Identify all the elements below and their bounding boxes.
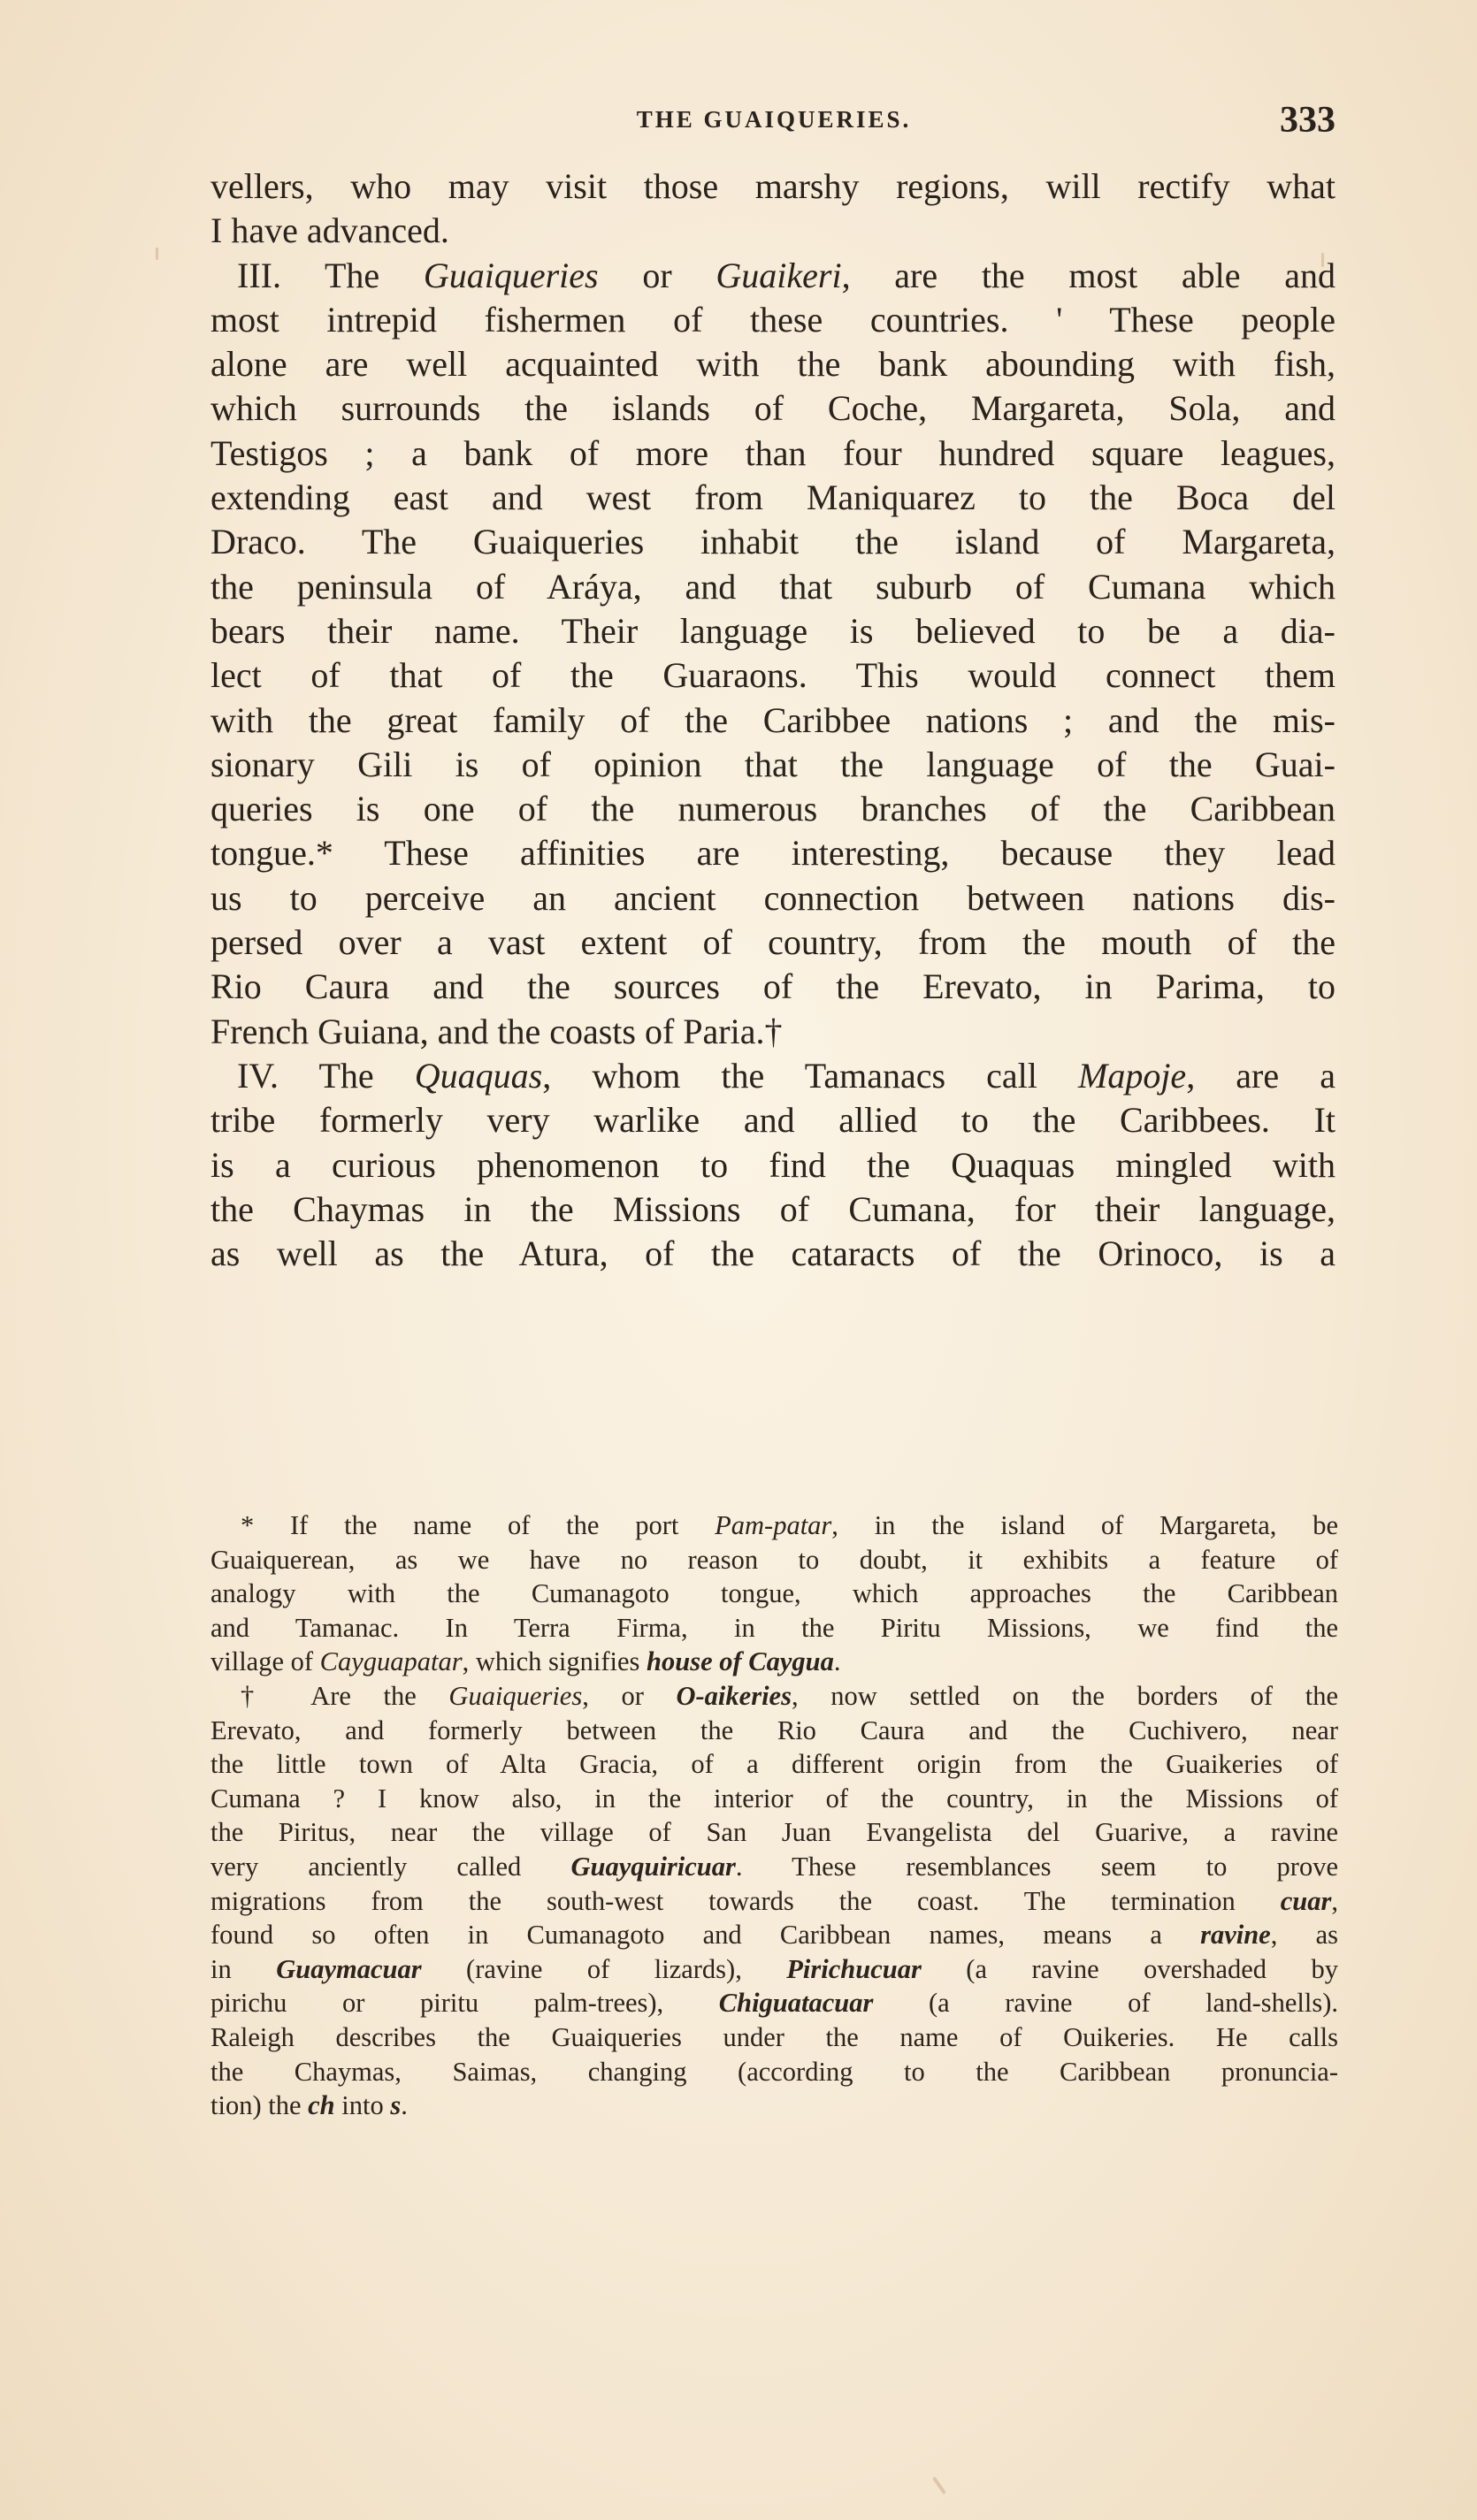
- text-segment: .: [401, 2090, 408, 2120]
- italic-term: Chiguatacuar: [719, 1988, 874, 2018]
- footnote-line: in Guaymacuar (ravine of lizards), Piric…: [210, 1952, 1338, 1987]
- text-segment: III. The: [237, 256, 424, 295]
- italic-term: Guayquiricuar: [570, 1852, 735, 1882]
- italic-term: Pam-patar: [715, 1510, 831, 1540]
- text-line: tribe formerly very warlike and allied t…: [210, 1098, 1335, 1142]
- text-line: Testigos ; a bank of more than four hund…: [210, 431, 1335, 476]
- italic-term: ch: [308, 2090, 335, 2120]
- footnote-star-line: * If the name of the port Pam-patar, in …: [210, 1508, 1338, 1543]
- text-line: lect of that of the Guaraons. This would…: [210, 653, 1335, 698]
- text-line: vellers, who may visit those marshy regi…: [210, 164, 1335, 209]
- text-line: the Chaymas in the Missions of Cumana, f…: [210, 1187, 1335, 1232]
- text-line: queries is one of the numerous branches …: [210, 787, 1335, 831]
- text-segment: , are a: [1186, 1056, 1335, 1096]
- running-header: THE GUAIQUERIES. 333: [212, 99, 1335, 143]
- text-line: as well as the Atura, of the cataracts o…: [210, 1232, 1335, 1276]
- text-segment: , in the island of Margareta, be: [831, 1510, 1338, 1540]
- text-segment: * If the name of the port: [241, 1510, 715, 1540]
- text-segment: † Are the: [241, 1681, 448, 1711]
- text-segment: village of: [210, 1646, 320, 1676]
- text-segment: ,: [1331, 1886, 1338, 1916]
- text-line: Rio Caura and the sources of the Erevato…: [210, 965, 1335, 1009]
- text-segment: tion) the: [210, 2090, 308, 2120]
- text-segment: found so often in Cumanagoto and Caribbe…: [210, 1920, 1200, 1950]
- paper-speck: [932, 2477, 946, 2494]
- text-segment: , as: [1271, 1920, 1338, 1950]
- footnote-line: and Tamanac. In Terra Firma, in the Piri…: [210, 1611, 1338, 1646]
- text-segment: , which signifies: [463, 1646, 647, 1676]
- footnote-line: Guaiquerean, as we have no reason to dou…: [210, 1543, 1338, 1577]
- text-line: alone are well acquainted with the bank …: [210, 342, 1335, 386]
- footnote-line: Cumana ? I know also, in the interior of…: [210, 1782, 1338, 1816]
- italic-term: Guaymacuar: [276, 1954, 421, 1984]
- italic-term: Guaikeri: [716, 256, 841, 295]
- footnote-line: village of Cayguapatar, which signifies …: [210, 1645, 1338, 1679]
- text-segment: into: [335, 2090, 391, 2120]
- text-line: us to perceive an ancient connection bet…: [210, 876, 1335, 920]
- footnote-line: found so often in Cumanagoto and Caribbe…: [210, 1918, 1338, 1952]
- text-line: with the great family of the Caribbee na…: [210, 699, 1335, 743]
- footnote-dagger-line: † Are the Guaiqueries, or O-aikeries, no…: [210, 1679, 1338, 1714]
- italic-term: ravine: [1200, 1920, 1271, 1950]
- italic-term: Cayguapatar: [320, 1646, 463, 1676]
- italic-term: Guaiqueries: [448, 1681, 582, 1711]
- italic-term: Mapoje: [1078, 1056, 1186, 1096]
- text-segment: very anciently called: [210, 1852, 570, 1882]
- text-line: French Guiana, and the coasts of Paria.†: [210, 1010, 1335, 1054]
- footnote-line: Erevato, and formerly between the Rio Ca…: [210, 1714, 1338, 1748]
- text-segment: in: [210, 1954, 276, 1984]
- text-line: the peninsula of Aráya, and that suburb …: [210, 565, 1335, 609]
- text-line: which surrounds the islands of Coche, Ma…: [210, 386, 1335, 431]
- text-line: extending east and west from Maniquarez …: [210, 476, 1335, 520]
- text-line: sionary Gili is of opinion that the lang…: [210, 743, 1335, 787]
- italic-term: Quaquas: [415, 1056, 542, 1096]
- text-segment: (a ravine of land-shells).: [873, 1988, 1338, 2018]
- footnote-line: the little town of Alta Gracia, of a dif…: [210, 1747, 1338, 1782]
- footnote-line: tion) the ch into s.: [210, 2089, 1338, 2123]
- running-title: THE GUAIQUERIES.: [212, 106, 1335, 134]
- italic-term: Guaiqueries: [424, 256, 599, 295]
- footnote-line: the Chaymas, Saimas, changing (according…: [210, 2055, 1338, 2089]
- italic-term: O-aikeries: [677, 1681, 792, 1711]
- text-line: bears their name. Their language is beli…: [210, 609, 1335, 653]
- footnote-line: migrations from the south-west towards t…: [210, 1884, 1338, 1919]
- italic-term: Pirichucuar: [786, 1954, 922, 1984]
- text-segment: , are the most able and: [842, 256, 1335, 295]
- footnote-line: the Piritus, near the village of San Jua…: [210, 1815, 1338, 1850]
- text-line: most intrepid fishermen of these countri…: [210, 298, 1335, 342]
- book-page: THE GUAIQUERIES. 333 vellers, who may vi…: [0, 0, 1477, 2520]
- footnote-line: pirichu or piritu palm-trees), Chiguatac…: [210, 1986, 1338, 2020]
- footnotes: * If the name of the port Pam-patar, in …: [210, 1508, 1338, 2123]
- text-line: persed over a vast extent of country, fr…: [210, 920, 1335, 965]
- text-segment: IV. The: [237, 1056, 415, 1096]
- section-iii-heading-line: III. The Guaiqueries or Guaikeri, are th…: [210, 254, 1335, 298]
- text-segment: migrations from the south-west towards t…: [210, 1886, 1281, 1916]
- text-segment: , or: [582, 1681, 676, 1711]
- footnote-line: very anciently called Guayquiricuar. The…: [210, 1850, 1338, 1884]
- footnote-line: analogy with the Cumanagoto tongue, whic…: [210, 1577, 1338, 1611]
- italic-term: s: [390, 2090, 401, 2120]
- text-segment: , whom the Tamanacs call: [542, 1056, 1078, 1096]
- section-iv-heading-line: IV. The Quaquas, whom the Tamanacs call …: [210, 1054, 1335, 1098]
- main-text: vellers, who may visit those marshy regi…: [210, 164, 1335, 1276]
- text-line: tongue.* These affinities are interestin…: [210, 831, 1335, 875]
- text-line: Draco. The Guaiqueries inhabit the islan…: [210, 520, 1335, 564]
- text-line: I have advanced.: [210, 209, 1335, 253]
- text-segment: .: [834, 1646, 841, 1676]
- italic-term: house of Caygua: [647, 1646, 834, 1676]
- text-segment: (ravine of lizards),: [422, 1954, 787, 1984]
- paper-speck: [156, 248, 158, 260]
- footnote-line: Raleigh describes the Guaiqueries under …: [210, 2020, 1338, 2055]
- page-number: 333: [1280, 99, 1335, 141]
- text-segment: or: [599, 256, 716, 295]
- text-segment: pirichu or piritu palm-trees),: [210, 1988, 719, 2018]
- text-segment: . These resemblances seem to prove: [736, 1852, 1338, 1882]
- text-segment: , now settled on the borders of the: [792, 1681, 1338, 1711]
- paper-speck: [1321, 253, 1324, 267]
- text-line: is a curious phenomenon to find the Quaq…: [210, 1143, 1335, 1187]
- italic-term: cuar: [1281, 1886, 1332, 1916]
- text-segment: (a ravine overshaded by: [922, 1954, 1338, 1984]
